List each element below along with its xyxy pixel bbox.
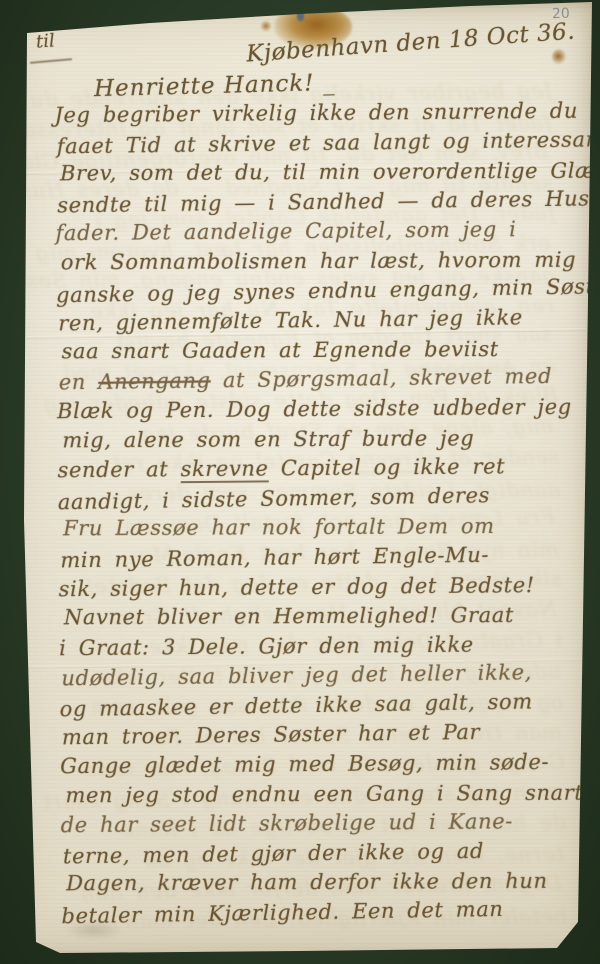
- ink-stain-dot: [260, 20, 272, 32]
- body-line: Navnet bliver en Hemmelighed! Graat: [37, 593, 558, 634]
- body-line: Blæk og Pen. Dog dette sidste udbeder je…: [38, 380, 558, 420]
- body-line: ork Somnambolismen har læst, hvorom mig: [61, 246, 575, 278]
- body-line: ren, gjennemfølte Tak. Nu har jeg ikke: [58, 303, 572, 339]
- body-line: i Graat: 3 Dele. Gjør den mig ikke: [59, 629, 573, 663]
- underline-stroke: [30, 58, 72, 64]
- body-line: Brev, som det du, til min overordentlige…: [29, 136, 550, 177]
- ink-stain-large: [274, 5, 352, 49]
- crossed-out-word: Anengang: [404, 355, 517, 380]
- body-line: Gange glædet mig med Besøg, min søde-: [60, 748, 574, 782]
- body-line: og maaskee er dette ikke saa galt, som: [43, 687, 563, 722]
- body-line-text: en: [59, 370, 99, 395]
- body-line-text: at Spørgsmaal, skrevet med: [62, 356, 404, 384]
- underlined-word: skrevne: [180, 457, 268, 484]
- body-line: i Graat: 3 Dele. Gjør den mig ikke: [42, 624, 562, 664]
- body-line: Fru Læssøe har nok fortalt Dem om: [63, 512, 577, 544]
- body-line-text: sender at: [58, 457, 181, 482]
- body-line: terne, men det gjør der ikke og ad: [44, 839, 564, 876]
- body-line: ganske og jeg synes endnu engang, min Sø…: [56, 272, 570, 310]
- body-line: min nye Roman, har hørt Engle-Mu-: [39, 534, 559, 571]
- body-line: de har seet lidt skrøbelige ud i Kane-: [61, 807, 575, 841]
- body-line: mig, alene som en Straf burde jeg: [33, 410, 554, 451]
- crossed-out-word: Anengang: [98, 369, 211, 394]
- body-line: sik, siger hun, dette er dog det Bedste!: [41, 563, 561, 603]
- body-line: Blæk og Pen. Dog dette sidste udbeder je…: [57, 393, 571, 427]
- body-line: faaet Tid at skrive et saa langt og inte…: [57, 125, 571, 161]
- body-line: men jeg stod endnu een Gang i Sang snart: [40, 776, 561, 817]
- page-number-pencil: 20: [552, 6, 570, 23]
- body-line: udødelig, saa bliver jeg det heller ikke…: [41, 656, 561, 693]
- body-line: udødelig, saa bliver jeg det heller ikke…: [61, 658, 575, 694]
- body-line: man troer. Deres Søster har et Par: [42, 717, 562, 754]
- body-line-text: sender at: [436, 444, 559, 470]
- body-line: en Anengang at Spørgsmaal, skrevet med: [59, 362, 573, 398]
- body-line: min nye Roman, har hørt Engle-Mu-: [60, 540, 574, 576]
- body-line: mig, alene som en Straf burde jeg: [62, 423, 576, 455]
- body-line-text: Capitel og ikke ret: [111, 448, 348, 476]
- body-line: Dagen, kræver ham derfor ikke den hun: [66, 867, 580, 899]
- body-line: ork Somnambolismen har læst, hvorom mig: [30, 227, 551, 268]
- body-line: sender at skrevne Capitel og ikke ret: [39, 441, 559, 481]
- body-line-text: en: [516, 354, 556, 379]
- letter-sheet: Jeg begriber virkelig ikke den snurrende…: [0, 0, 600, 964]
- body-line-text: at Spørgsmaal, skrevet med: [210, 364, 552, 392]
- place-date-line: Kjøbenhavn den 18 Oct 36.: [245, 19, 575, 68]
- body-line: Jeg begriber virkelig ikke den snurrende…: [33, 76, 553, 116]
- body-line: Brev, som det du, til min overordentlige…: [60, 157, 574, 189]
- body-line: sender at skrevne Capitel og ikke ret: [57, 452, 571, 486]
- body-line: de har seet lidt skrøbelige ud i Kane-: [45, 807, 565, 847]
- body-line: ganske og jeg synes endnu engang, min Sø…: [36, 261, 556, 296]
- body-line: men jeg stod endnu een Gang i Sang snart: [65, 778, 579, 810]
- body-line: betaler min Kjærlighed. Een det man: [47, 901, 567, 936]
- body-line: Dagen, kræver ham derfor ikke den hun: [41, 868, 562, 909]
- addressee-note: til: [35, 30, 55, 52]
- bleedthrough-text: Jeg begriber virkelig ikke den snurrende…: [33, 76, 568, 939]
- body-line: en Anengang at Spørgsmaal, skrevet med: [35, 351, 555, 388]
- body-line: faaet Tid at skrive et saa langt og inte…: [31, 107, 551, 144]
- body-line: saa snart Gaaden at Egnende beviist: [32, 319, 553, 360]
- fold-crease: [26, 328, 586, 339]
- body-line: aandigt, i sidste Sommer, som deres: [40, 474, 560, 509]
- body-line: man troer. Deres Søster har et Par: [62, 717, 576, 753]
- salutation: Henriette Hanck! _: [94, 70, 336, 102]
- body-line: og maaskee er dette ikke saa galt, som: [59, 687, 573, 725]
- fold-crease: [26, 164, 586, 175]
- body-line: fader. Det aandelige Capitel, som jeg i: [35, 198, 555, 238]
- body-line: fader. Det aandelige Capitel, som jeg i: [55, 215, 569, 249]
- fold-crease: [26, 658, 586, 669]
- ink-stain-right: [552, 49, 566, 65]
- body-line: sik, siger hun, dette er dog det Bedste!: [59, 570, 573, 604]
- body-line: Gange glædet mig med Besøg, min søde-: [44, 746, 564, 786]
- smudge-mark: [64, 920, 124, 940]
- underlined-word: skrevne: [348, 447, 436, 475]
- letter-photo: Jeg begriber virkelig ikke den snurrende…: [0, 0, 600, 964]
- body-line: aandigt, i sidste Sommer, som deres: [58, 479, 572, 517]
- body-line: saa snart Gaaden at Egnende beviist: [62, 334, 576, 366]
- body-line: Navnet bliver en Hemmelighed! Graat: [64, 601, 578, 633]
- body-text: Jeg begriber virkelig ikke den snurrende…: [54, 97, 575, 930]
- body-line: ren, gjennemfølte Tak. Nu har jeg ikke: [34, 290, 554, 327]
- blue-ink-speck: [297, 11, 304, 21]
- body-line: terne, men det gjør der ikke og ad: [63, 835, 577, 871]
- body-line-text: Capitel og ikke ret: [268, 454, 505, 480]
- body-line: Jeg begriber virkelig ikke den snurrende…: [54, 97, 568, 131]
- body-line: sendte til mig — i Sandhed — da deres Hu…: [32, 168, 552, 205]
- body-line: Fru Læssøe har nok fortalt Dem om: [35, 502, 556, 543]
- body-line: betaler min Kjærlighed. Een det man: [61, 894, 575, 932]
- body-line: sendte til mig — i Sandhed — da deres Hu…: [57, 184, 571, 220]
